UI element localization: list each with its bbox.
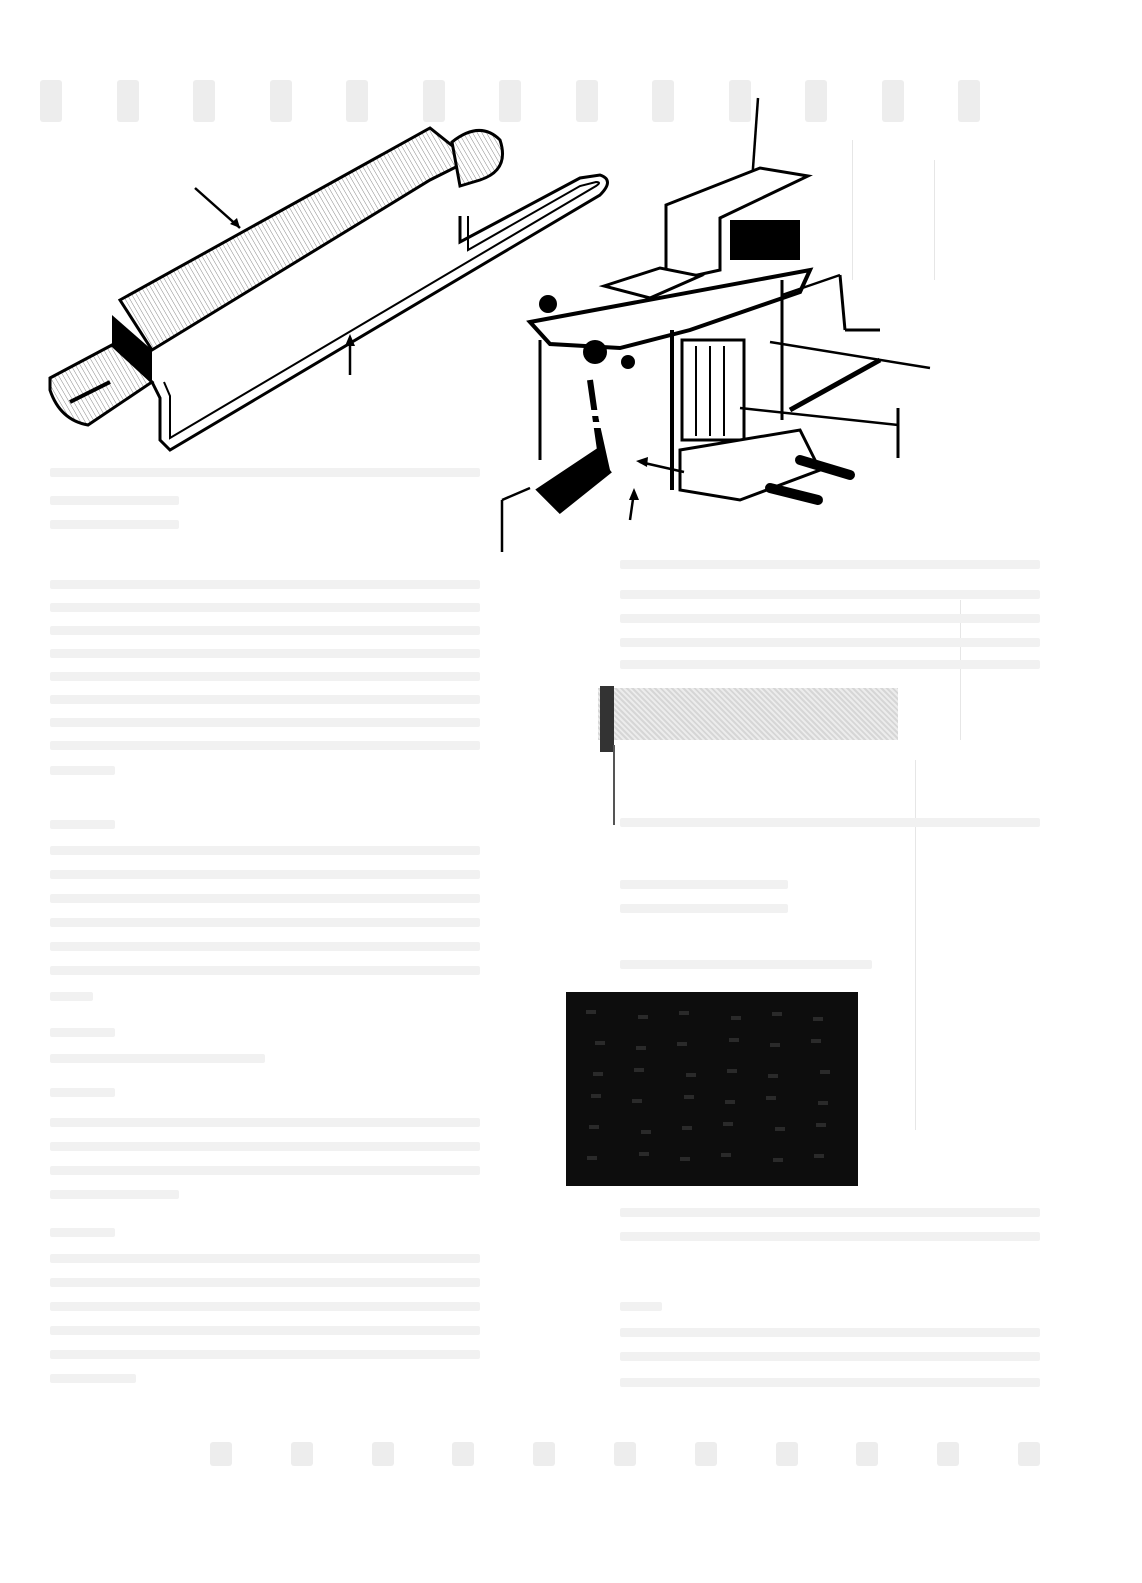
faded-text-line: [620, 1352, 1040, 1361]
panel-speck: [641, 1130, 651, 1134]
faded-text-line: [50, 966, 480, 975]
panel-speck: [775, 1127, 785, 1131]
panel-speck: [586, 1010, 596, 1014]
faded-text-line: [50, 992, 93, 1001]
faded-text-line: [50, 1228, 115, 1237]
panel-speck: [721, 1153, 731, 1157]
panel-speck: [770, 1043, 780, 1047]
faded-text-line: [50, 918, 480, 927]
panel-speck: [727, 1069, 737, 1073]
faded-text-line: [620, 1232, 1040, 1241]
faded-text-line: [50, 1054, 265, 1063]
section-banner: [598, 688, 898, 740]
panel-speck: [818, 1101, 828, 1105]
panel-speck: [639, 1152, 649, 1156]
faded-text-line: [50, 695, 480, 704]
faded-text-line: [620, 960, 872, 969]
faded-text-line: [620, 660, 1040, 669]
panel-speck: [723, 1122, 733, 1126]
figure-right-relay: [500, 90, 960, 560]
faded-text-line: [620, 904, 788, 913]
panel-speck: [679, 1011, 689, 1015]
faded-text-line: [50, 846, 480, 855]
faded-text-line: [50, 1326, 480, 1335]
margin-rule: [852, 140, 853, 280]
panel-speck: [725, 1100, 735, 1104]
faded-text-line: [50, 580, 480, 589]
panel-speck: [820, 1070, 830, 1074]
margin-rule: [915, 760, 916, 1130]
panel-speck: [636, 1046, 646, 1050]
faded-text-line: [50, 766, 115, 775]
faded-text-line: [50, 1374, 136, 1383]
panel-speck: [816, 1123, 826, 1127]
faded-text-line: [50, 1278, 480, 1287]
faded-text-line: [50, 942, 480, 951]
panel-speck: [814, 1154, 824, 1158]
panel-speck: [772, 1012, 782, 1016]
panel-speck: [677, 1042, 687, 1046]
dark-panel: [566, 992, 858, 1186]
faded-text-line: [50, 1302, 480, 1311]
faded-text-line: [50, 741, 480, 750]
panel-speck: [589, 1125, 599, 1129]
faded-text-line: [620, 880, 788, 889]
panel-speck: [686, 1073, 696, 1077]
panel-speck: [680, 1157, 690, 1161]
panel-speck: [634, 1068, 644, 1072]
faded-text-line: [50, 672, 480, 681]
faded-text-line: [620, 818, 1040, 827]
faded-text-line: [50, 820, 115, 829]
faded-text-line: [50, 1142, 480, 1151]
panel-speck: [768, 1074, 778, 1078]
faded-text-line: [50, 1350, 480, 1359]
banner-edge-mark: [600, 686, 614, 752]
panel-speck: [595, 1041, 605, 1045]
panel-speck: [773, 1158, 783, 1162]
faded-text-line: [620, 560, 1040, 569]
panel-speck: [731, 1016, 741, 1020]
panel-speck: [729, 1038, 739, 1042]
faded-text-line: [50, 1118, 480, 1127]
panel-speck: [684, 1095, 694, 1099]
panel-speck: [638, 1015, 648, 1019]
faded-text-line: [620, 1328, 1040, 1337]
faded-text-line: [50, 1190, 179, 1199]
faded-text-line: [620, 1378, 1040, 1387]
panel-speck: [682, 1126, 692, 1130]
panel-speck: [587, 1156, 597, 1160]
banner-rule: [613, 745, 615, 825]
panel-speck: [811, 1039, 821, 1043]
faded-text-line: [50, 1088, 115, 1097]
faded-text-line: [50, 870, 480, 879]
faded-text-line: [50, 603, 480, 612]
page-footer: [210, 1440, 1040, 1468]
faded-text-line: [50, 649, 480, 658]
faded-text-line: [620, 590, 1040, 599]
faded-text-line: [50, 1166, 480, 1175]
panel-speck: [766, 1096, 776, 1100]
panel-speck: [593, 1072, 603, 1076]
faded-text-line: [620, 638, 1040, 647]
panel-speck: [591, 1094, 601, 1098]
faded-text-line: [50, 1028, 115, 1037]
panel-speck: [632, 1099, 642, 1103]
faded-text-line: [50, 894, 480, 903]
faded-text-line: [50, 718, 480, 727]
faded-text-line: [620, 1208, 1040, 1217]
faded-text-line: [50, 496, 179, 505]
margin-rule: [934, 160, 935, 280]
faded-text-line: [50, 468, 480, 477]
faded-text-line: [620, 1302, 662, 1311]
faded-text-line: [50, 1254, 480, 1263]
panel-speck: [813, 1017, 823, 1021]
faded-text-line: [50, 626, 480, 635]
faded-text-line: [50, 520, 179, 529]
faded-text-line: [620, 614, 1040, 623]
